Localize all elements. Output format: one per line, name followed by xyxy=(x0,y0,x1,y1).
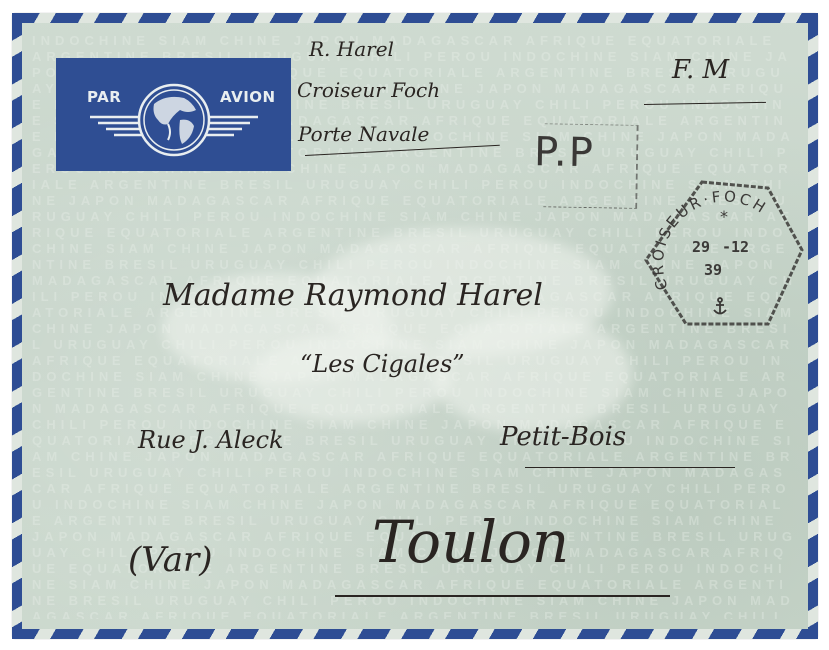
airmail-stripe-bottom xyxy=(12,629,818,639)
city-underline xyxy=(335,595,670,597)
sender-name: R. Harel xyxy=(309,37,394,61)
recipient-department: (Var) xyxy=(128,540,213,580)
postmark-frame: CROISEUR·FOCH * xyxy=(640,178,810,338)
svg-text:*: * xyxy=(720,207,728,226)
recipient-name: Madame Raymond Harel xyxy=(163,278,543,313)
hexagonal-postmark: CROISEUR·FOCH * 29 -12 39 xyxy=(640,178,810,343)
postmark-year: 39 xyxy=(704,261,722,279)
recipient-city: Toulon xyxy=(372,508,569,576)
port-paye-stamp: P.P xyxy=(533,119,638,203)
par-avion-label: PAR AVION xyxy=(56,58,291,171)
pp-text: P.P xyxy=(534,129,596,176)
recipient-street: Rue J. Aleck xyxy=(138,426,284,454)
postmark-day: 29 xyxy=(692,238,710,256)
airmail-stripe-top xyxy=(12,13,818,23)
locality-underline xyxy=(525,467,735,468)
sender-port: Porte Navale xyxy=(298,122,429,146)
sender-ship: Croiseur Foch xyxy=(297,78,440,102)
airmail-stripe-left xyxy=(12,13,22,639)
cloud-watermark xyxy=(252,333,452,423)
winged-globe-icon xyxy=(84,80,264,160)
anchor-icon xyxy=(714,298,726,314)
recipient-house: “Les Cigales” xyxy=(300,350,465,378)
postmark-month: -12 xyxy=(722,238,749,256)
recipient-locality: Petit-Bois xyxy=(500,422,626,452)
franchise-note: F. M xyxy=(672,55,729,85)
